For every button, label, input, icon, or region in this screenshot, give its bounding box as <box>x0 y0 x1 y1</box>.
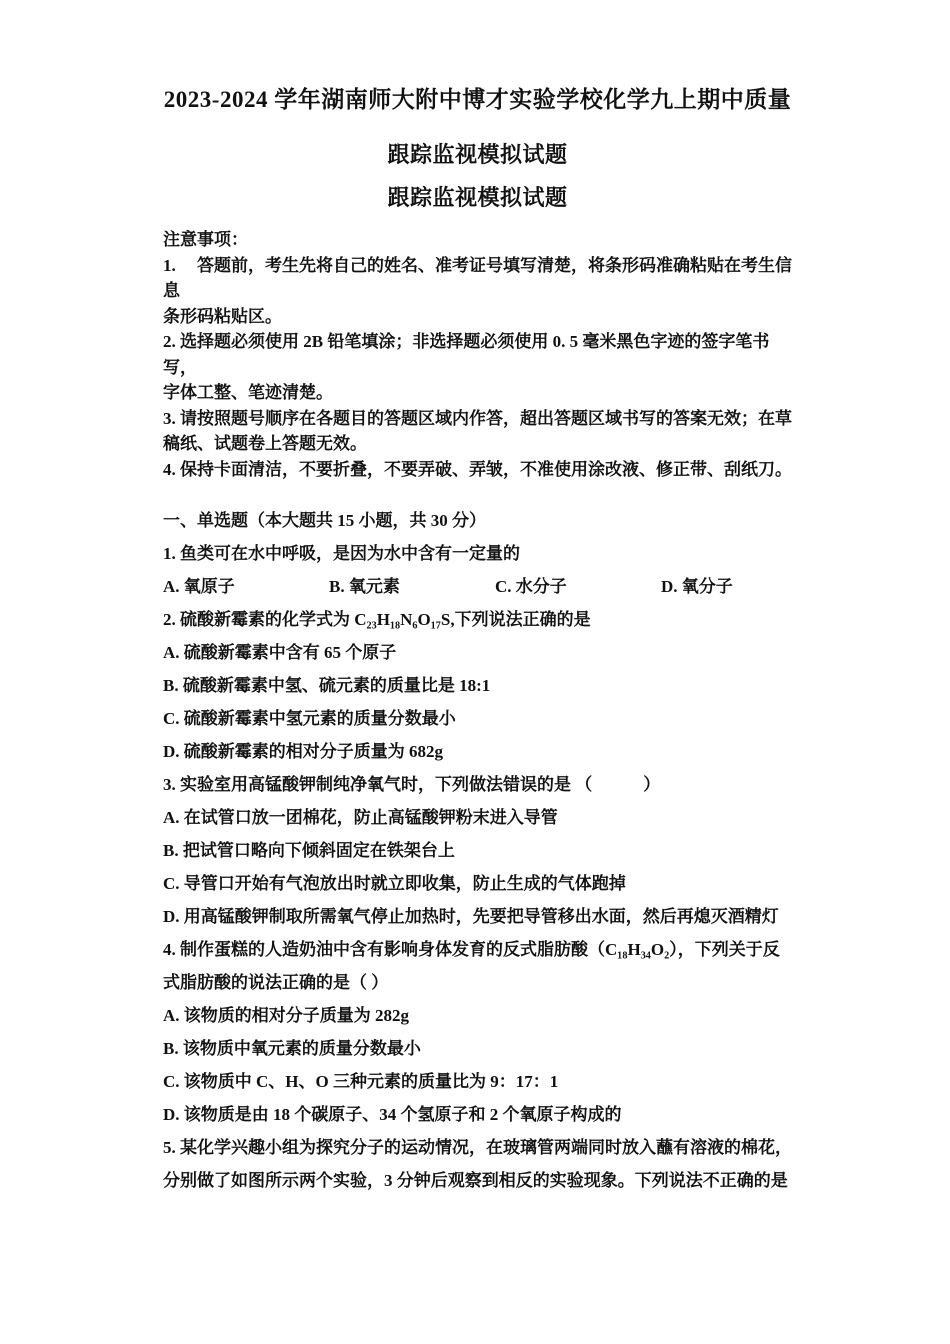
notice-line: 3. 请按照题号顺序在各题目的答题区域内作答，超出答题区域书写的答案无效；在草 <box>163 406 792 432</box>
question-4-option-d: D. 该物质是由 18 个碳原子、34 个氢原子和 2 个氧原子构成的 <box>163 1098 792 1131</box>
question-2-option-d: D. 硫酸新霉素的相对分子质量为 682g <box>163 735 792 768</box>
notice-line: 1. 答题前，考生先将自己的姓名、准考证号填写清楚，将条形码准确粘贴在考生信息 <box>163 253 792 304</box>
question-2-stem: 2. 硫酸新霉素的化学式为 C₂₃H₁₈N₆O₁₇S,下列说法正确的是 <box>163 603 792 636</box>
question-3-option-a: A. 在试管口放一团棉花，防止高锰酸钾粉末进入导管 <box>163 801 792 834</box>
question-4-stem-line1: 4. 制作蛋糕的人造奶油中含有影响身体发育的反式脂肪酸（C₁₈H₃₄O₂），下列… <box>163 933 792 966</box>
section-heading: 一、单选题（本大题共 15 小题，共 30 分） <box>163 504 792 537</box>
paper-title-line1: 2023-2024 学年湖南师大附中博才实验学校化学九上期中质量 <box>163 86 792 114</box>
question-4: 4. 制作蛋糕的人造奶油中含有影响身体发育的反式脂肪酸（C₁₈H₃₄O₂），下列… <box>163 933 792 1131</box>
question-3-option-c: C. 导管口开始有气泡放出时就立即收集，防止生成的气体跑掉 <box>163 867 792 900</box>
question-1-stem: 1. 鱼类可在水中呼吸，是因为水中含有一定量的 <box>163 537 792 570</box>
notice-line: 字体工整、笔迹清楚。 <box>163 380 792 406</box>
paper-title-line3: 跟踪监视模拟试题 <box>163 184 792 211</box>
question-4-stem-line2: 式脂肪酸的说法正确的是（ ） <box>163 966 792 999</box>
notices-heading: 注意事项： <box>163 227 792 253</box>
question-1-option-d: D. 氧分子 <box>661 570 733 603</box>
question-4-option-a: A. 该物质的相对分子质量为 282g <box>163 999 792 1032</box>
question-2-option-a: A. 硫酸新霉素中含有 65 个原子 <box>163 636 792 669</box>
notices-block: 注意事项： 1. 答题前，考生先将自己的姓名、准考证号填写清楚，将条形码准确粘贴… <box>163 227 792 482</box>
paper-title-line2: 跟踪监视模拟试题 <box>163 141 792 168</box>
question-1-option-c: C. 水分子 <box>495 570 661 603</box>
question-1: 1. 鱼类可在水中呼吸，是因为水中含有一定量的 A. 氧原子 B. 氧元素 C.… <box>163 537 792 603</box>
question-4-option-c: C. 该物质中 C、H、O 三种元素的质量比为 9：17：1 <box>163 1065 792 1098</box>
question-2: 2. 硫酸新霉素的化学式为 C₂₃H₁₈N₆O₁₇S,下列说法正确的是 A. 硫… <box>163 603 792 768</box>
exam-body: 一、单选题（本大题共 15 小题，共 30 分） 1. 鱼类可在水中呼吸，是因为… <box>163 504 792 1197</box>
notice-line: 2. 选择题必须使用 2B 铅笔填涂；非选择题必须使用 0. 5 毫米黑色字迹的… <box>163 329 792 380</box>
notice-line: 4. 保持卡面清洁，不要折叠，不要弄破、弄皱，不准使用涂改液、修正带、刮纸刀。 <box>163 457 792 483</box>
notice-line: 条形码粘贴区。 <box>163 304 792 330</box>
question-1-options: A. 氧原子 B. 氧元素 C. 水分子 D. 氧分子 <box>163 570 792 603</box>
question-5-stem-line2: 分别做了如图所示两个实验，3 分钟后观察到相反的实验现象。下列说法不正确的是 <box>163 1164 792 1197</box>
question-2-option-b: B. 硫酸新霉素中氢、硫元素的质量比是 18:1 <box>163 669 792 702</box>
notice-line: 稿纸、试题卷上答题无效。 <box>163 431 792 457</box>
question-1-option-b: B. 氧元素 <box>329 570 495 603</box>
question-1-option-a: A. 氧原子 <box>163 570 329 603</box>
question-4-option-b: B. 该物质中氧元素的质量分数最小 <box>163 1032 792 1065</box>
question-3-option-b: B. 把试管口略向下倾斜固定在铁架台上 <box>163 834 792 867</box>
question-3-stem: 3. 实验室用高锰酸钾制纯净氧气时，下列做法错误的是 （ ） <box>163 768 792 801</box>
question-3: 3. 实验室用高锰酸钾制纯净氧气时，下列做法错误的是 （ ） A. 在试管口放一… <box>163 768 792 933</box>
exam-paper-page: 2023-2024 学年湖南师大附中博才实验学校化学九上期中质量 跟踪监视模拟试… <box>0 0 950 1344</box>
question-2-option-c: C. 硫酸新霉素中氢元素的质量分数最小 <box>163 702 792 735</box>
question-5: 5. 某化学兴趣小组为探究分子的运动情况，在玻璃管两端同时放入蘸有溶液的棉花， … <box>163 1131 792 1197</box>
question-3-option-d: D. 用高锰酸钾制取所需氧气停止加热时，先要把导管移出水面，然后再熄灭酒精灯 <box>163 900 792 933</box>
question-5-stem-line1: 5. 某化学兴趣小组为探究分子的运动情况，在玻璃管两端同时放入蘸有溶液的棉花， <box>163 1131 792 1164</box>
